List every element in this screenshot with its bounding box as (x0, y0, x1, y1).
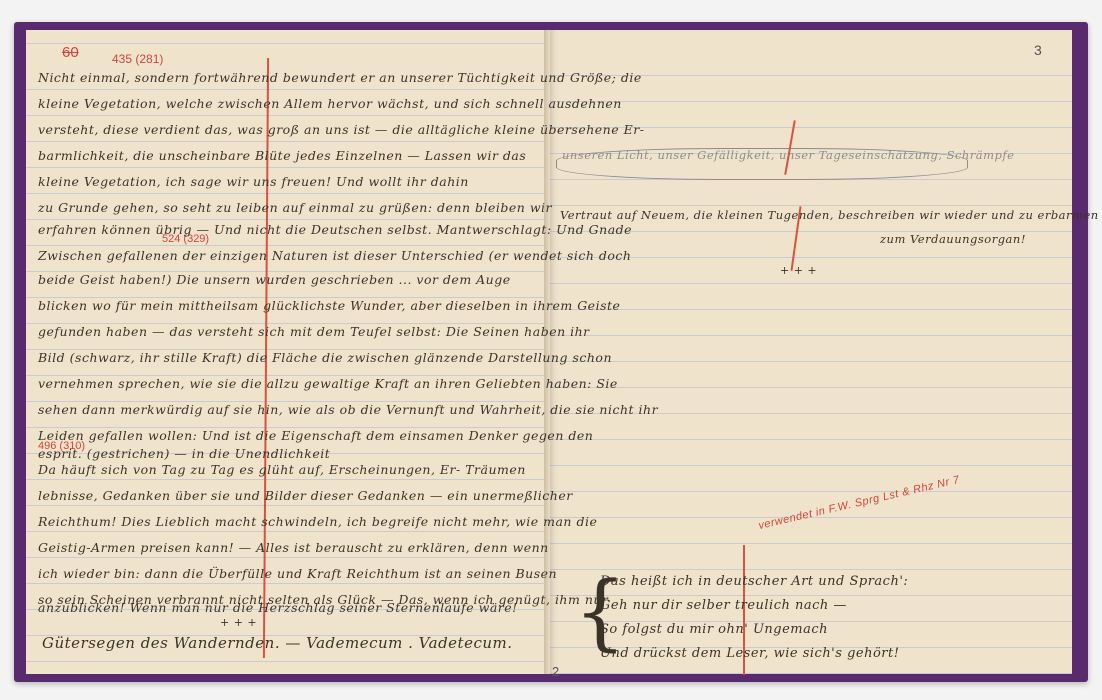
manuscript-line: kleine Vegetation, welche zwischen Allem… (38, 96, 622, 111)
manuscript-line: barmlichkeit, die unscheinbare Blüte jed… (38, 148, 526, 163)
manuscript-line: zu Grunde gehen, so seht zu leiben auf e… (38, 200, 552, 215)
verse-line: Und drückst dem Leser, wie sich's gehört… (600, 646, 899, 661)
manuscript-line: Zwischen gefallenen der einzigen Naturen… (38, 248, 631, 263)
verse-line: So folgst du mir ohn' Ungemach (600, 622, 828, 637)
manuscript-line: Vertraut auf Neuem, die kleinen Tugenden… (560, 208, 1102, 222)
manuscript-line-final: Gütersegen des Wandernden. — Vademecum .… (42, 634, 513, 652)
struck-page-number: 60 (62, 44, 79, 61)
red-annotation-1: 435 (281) (112, 52, 163, 66)
verse-line: Das heißt ich in deutscher Art und Sprac… (600, 574, 908, 589)
verse-line: Geh nur dir selber treulich nach — (600, 598, 847, 613)
manuscript-line: erfahren können übrig — Und nicht die De… (38, 222, 632, 237)
crosses: + + + (780, 264, 817, 277)
manuscript-line: blicken wo für mein mittheilsam glücklic… (38, 298, 620, 313)
manuscript-line: esprit. (gestrichen) — in die Unendlichk… (38, 446, 330, 461)
manuscript-line: versteht, diese verdient das, was groß a… (38, 122, 644, 137)
manuscript-line: Nicht einmal, sondern fortwährend bewund… (38, 70, 642, 85)
manuscript-line: vernehmen sprechen, wie sie die allzu ge… (38, 376, 618, 391)
manuscript-line: sehen dann merkwürdig auf sie hin, wie a… (38, 402, 658, 417)
manuscript-line: anzublicken! Wenn man nur die Herzschlag… (38, 600, 518, 615)
manuscript-line: kleine Vegetation, ich sage wir uns freu… (38, 174, 469, 189)
manuscript-line: Leiden gefallen wollen: Und ist die Eige… (38, 428, 593, 443)
manuscript-line: Geistig-Armen preisen kann! — Alles ist … (38, 540, 549, 555)
manuscript-line: Reichthum! Dies Lieblich macht schwindel… (38, 514, 597, 529)
crosses: + + + (220, 616, 257, 629)
manuscript-line: Bild (schwarz, ihr stille Kraft) die Flä… (38, 350, 612, 365)
manuscript-line: zum Verdauungsorgan! (880, 232, 1026, 246)
manuscript-line: Da häuft sich von Tag zu Tag es glüht au… (38, 462, 526, 477)
manuscript-line: ich wieder bin: dann die Überfülle und K… (38, 566, 557, 581)
page-number-bottom: 2 (552, 664, 559, 679)
manuscript-line: gefunden haben — das versteht sich mit d… (38, 324, 590, 339)
page-number: 3 (1034, 42, 1042, 58)
manuscript-line: lebnisse, Gedanken über sie und Bilder d… (38, 488, 573, 503)
manuscript-line: beide Geist haben!) Die unsern wurden ge… (38, 272, 511, 287)
